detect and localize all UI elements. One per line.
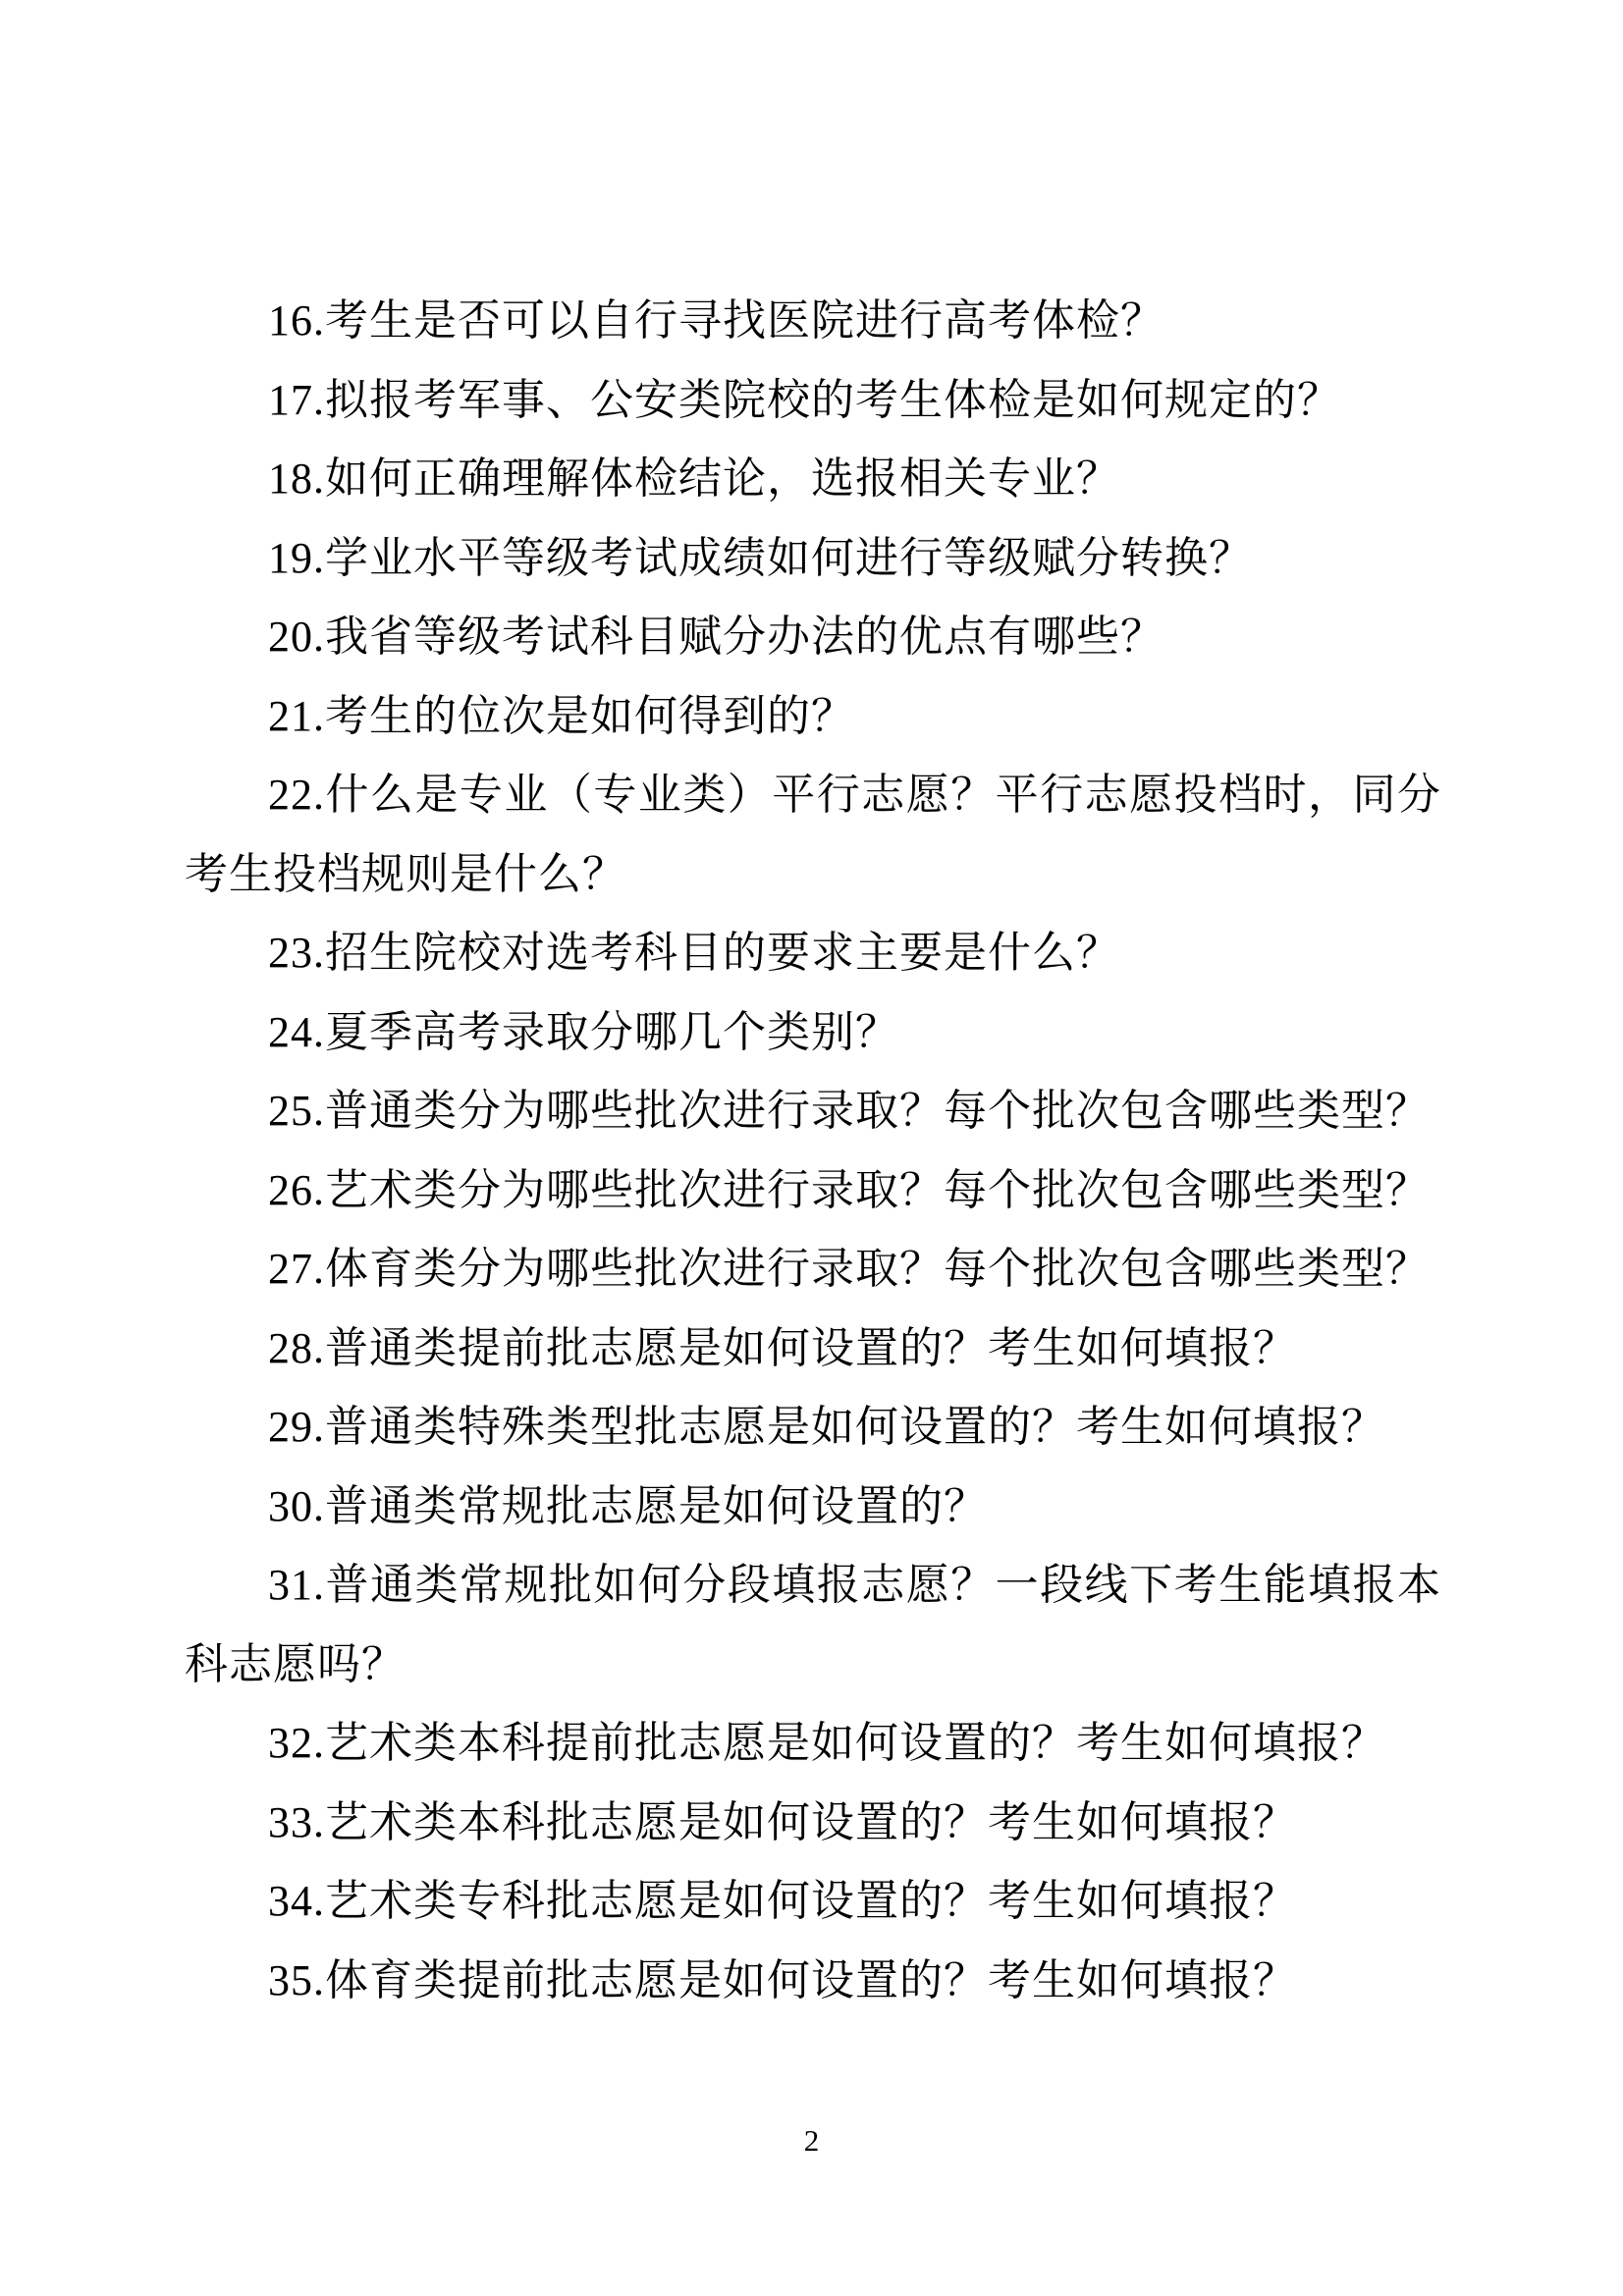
- question-item: 33.艺术类本科批志愿是如何设置的？考生如何填报？: [185, 1784, 1441, 1863]
- question-item: 20.我省等级考试科目赋分办法的优点有哪些？: [185, 598, 1441, 677]
- question-item: 25.普通类分为哪些批次进行录取？每个批次包含哪些类型？: [185, 1072, 1441, 1151]
- question-item: 29.普通类特殊类型批志愿是如何设置的？考生如何填报？: [185, 1388, 1441, 1468]
- question-list: 16.考生是否可以自行寻找医院进行高考体检？17.拟报考军事、公安类院校的考生体…: [185, 282, 1441, 2020]
- question-item: 22.什么是专业（专业类）平行志愿？平行志愿投档时，同分考生投档规则是什么？: [185, 756, 1441, 914]
- question-item: 24.夏季高考录取分哪几个类别？: [185, 993, 1441, 1073]
- question-item: 31.普通类常规批如何分段填报志愿？一段线下考生能填报本科志愿吗？: [185, 1546, 1441, 1704]
- question-item: 21.考生的位次是如何得到的？: [185, 677, 1441, 757]
- question-item: 28.普通类提前批志愿是如何设置的？考生如何填报？: [185, 1309, 1441, 1389]
- question-item: 34.艺术类专科批志愿是如何设置的？考生如何填报？: [185, 1862, 1441, 1942]
- question-item: 35.体育类提前批志愿是如何设置的？考生如何填报？: [185, 1942, 1441, 2021]
- question-item: 17.拟报考军事、公安类院校的考生体检是如何规定的？: [185, 361, 1441, 441]
- question-item: 16.考生是否可以自行寻找医院进行高考体检？: [185, 282, 1441, 361]
- question-item: 26.艺术类分为哪些批次进行录取？每个批次包含哪些类型？: [185, 1151, 1441, 1231]
- question-item: 32.艺术类本科提前批志愿是如何设置的？考生如何填报？: [185, 1704, 1441, 1784]
- question-item: 27.体育类分为哪些批次进行录取？每个批次包含哪些类型？: [185, 1230, 1441, 1309]
- document-page: 16.考生是否可以自行寻找医院进行高考体检？17.拟报考军事、公安类院校的考生体…: [0, 0, 1623, 2296]
- question-item: 30.普通类常规批志愿是如何设置的？: [185, 1468, 1441, 1547]
- question-item: 18.如何正确理解体检结论，选报相关专业？: [185, 440, 1441, 519]
- page-number: 2: [0, 2123, 1623, 2159]
- question-item: 19.学业水平等级考试成绩如何进行等级赋分转换？: [185, 519, 1441, 599]
- question-item: 23.招生院校对选考科目的要求主要是什么？: [185, 914, 1441, 993]
